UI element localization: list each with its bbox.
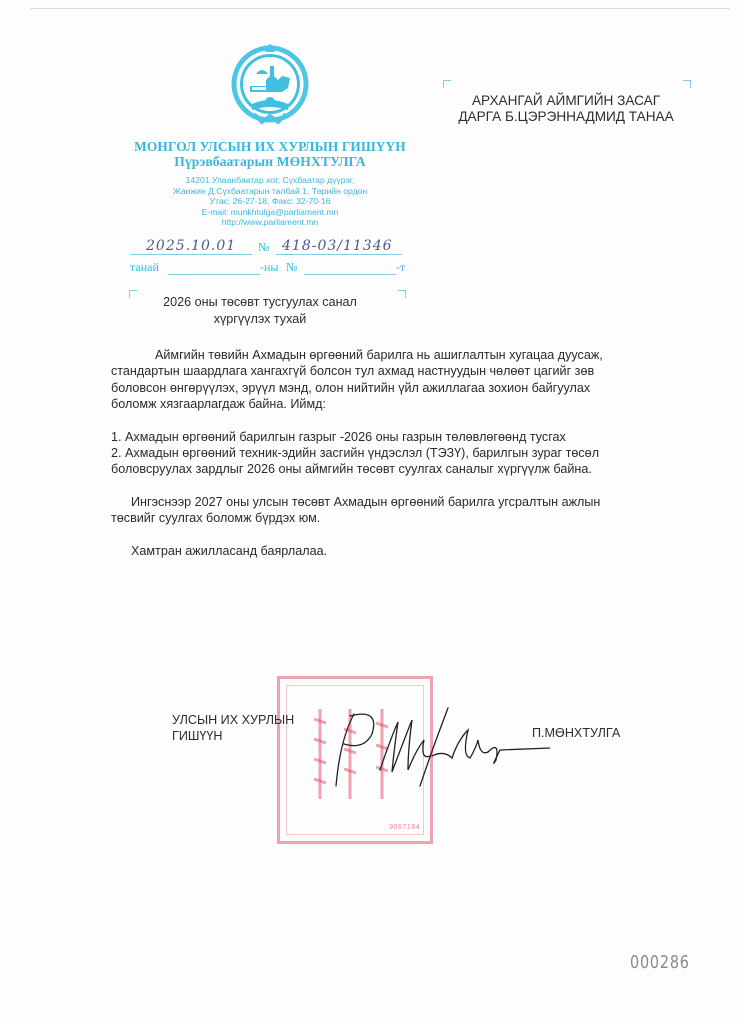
closing-line: Хамтран ажилласанд баярлалаа.	[111, 543, 691, 559]
addressee-line: АРХАНГАЙ АЙМГИЙН ЗАСАГ	[446, 93, 686, 109]
list-item: боловсруулах зардлыг 2026 оны аймгийн тө…	[111, 461, 691, 477]
signer-role-line: УЛСЫН ИХ ХУРЛЫН	[172, 712, 294, 728]
yours-label: танай	[130, 260, 159, 275]
reference-row-outgoing: 2025.10.01 № 418-03/11346	[130, 238, 405, 256]
website-line: http://www.parliament.mn	[120, 217, 420, 228]
yours-suffix: -ны	[260, 260, 278, 275]
body-line: стандартын шаардлага хангахгүй болсон ту…	[111, 363, 691, 379]
body-line: Ингэснээр 2027 оны улсын төсөвт Ахмадын …	[111, 494, 691, 510]
list-item: 2. Ахмадын өргөөний техник-эдийн засгийн…	[111, 445, 691, 461]
phone-fax-line: Утас: 26-27-18, Факс: 32-70-16	[120, 196, 420, 207]
addressee-line: ДАРГА Б.ЦЭРЭННАДМИД ТАНАА	[446, 109, 686, 125]
yours-number-suffix: -т	[396, 260, 405, 275]
body-line: боловсон өнгөрүүлэх, эрүүл мэнд, олон ни…	[111, 380, 691, 396]
corner-mark	[398, 290, 406, 298]
number-handwritten: 418-03/11346	[282, 238, 393, 254]
page-number: 000286	[630, 952, 690, 973]
corner-mark	[443, 80, 451, 88]
body-line: төсвийг суулгах боломж бүрдэх юм.	[111, 510, 691, 526]
scan-edge-line	[30, 8, 730, 9]
subject-line: 2026 оны төсөвт тусгуулах санал	[140, 294, 380, 311]
letterhead-name: Пүрэвбаатарын МӨНХТУЛГА	[120, 154, 420, 169]
letterhead-title: МОНГОЛ УЛСЫН ИХ ХУРЛЫН ГИШҮҮН	[120, 139, 420, 154]
yours-number-label: №	[286, 260, 297, 275]
corner-mark	[129, 290, 137, 298]
corner-mark	[683, 80, 691, 88]
signer-name: П.МӨНХТУЛГА	[532, 726, 620, 740]
body-line: боломж хязгаарлагдаж байна. Иймд:	[111, 396, 691, 412]
signer-role-line: ГИШҮҮН	[172, 728, 294, 744]
subject: 2026 оны төсөвт тусгуулах санал хүргүүлэ…	[140, 294, 380, 328]
email-line: E-mail: munkhtulga@parliament.mn	[120, 207, 420, 218]
reference-row-incoming: танай -ны № -т	[130, 258, 405, 276]
list-item: 1. Ахмадын өргөөний барилгын газрыг -202…	[111, 429, 691, 445]
date-handwritten: 2025.10.01	[146, 238, 236, 254]
body-line: Аймгийн төвийн Ахмадын өргөөний барилга …	[111, 347, 691, 363]
handwritten-signature-icon	[320, 700, 550, 790]
number-label: №	[258, 240, 269, 255]
address-line: Жанжин Д.Сүхбаатарын талбай 1, Төрийн ор…	[120, 186, 420, 197]
letter-body: Аймгийн төвийн Ахмадын өргөөний барилга …	[111, 347, 691, 559]
address-line: 14201 Улаанбаатар хот, Сүхбаатар дүүрэг,	[120, 175, 420, 186]
mongolian-state-emblem-icon	[230, 44, 310, 130]
letterhead-address: 14201 Улаанбаатар хот, Сүхбаатар дүүрэг,…	[120, 175, 420, 228]
subject-line: хүргүүлэх тухай	[140, 311, 380, 328]
signer-role: УЛСЫН ИХ ХУРЛЫН ГИШҮҮН	[172, 712, 294, 744]
addressee: АРХАНГАЙ АЙМГИЙН ЗАСАГ ДАРГА Б.ЦЭРЭННАДМ…	[446, 93, 686, 125]
stamp-number: 9067184	[389, 824, 420, 831]
